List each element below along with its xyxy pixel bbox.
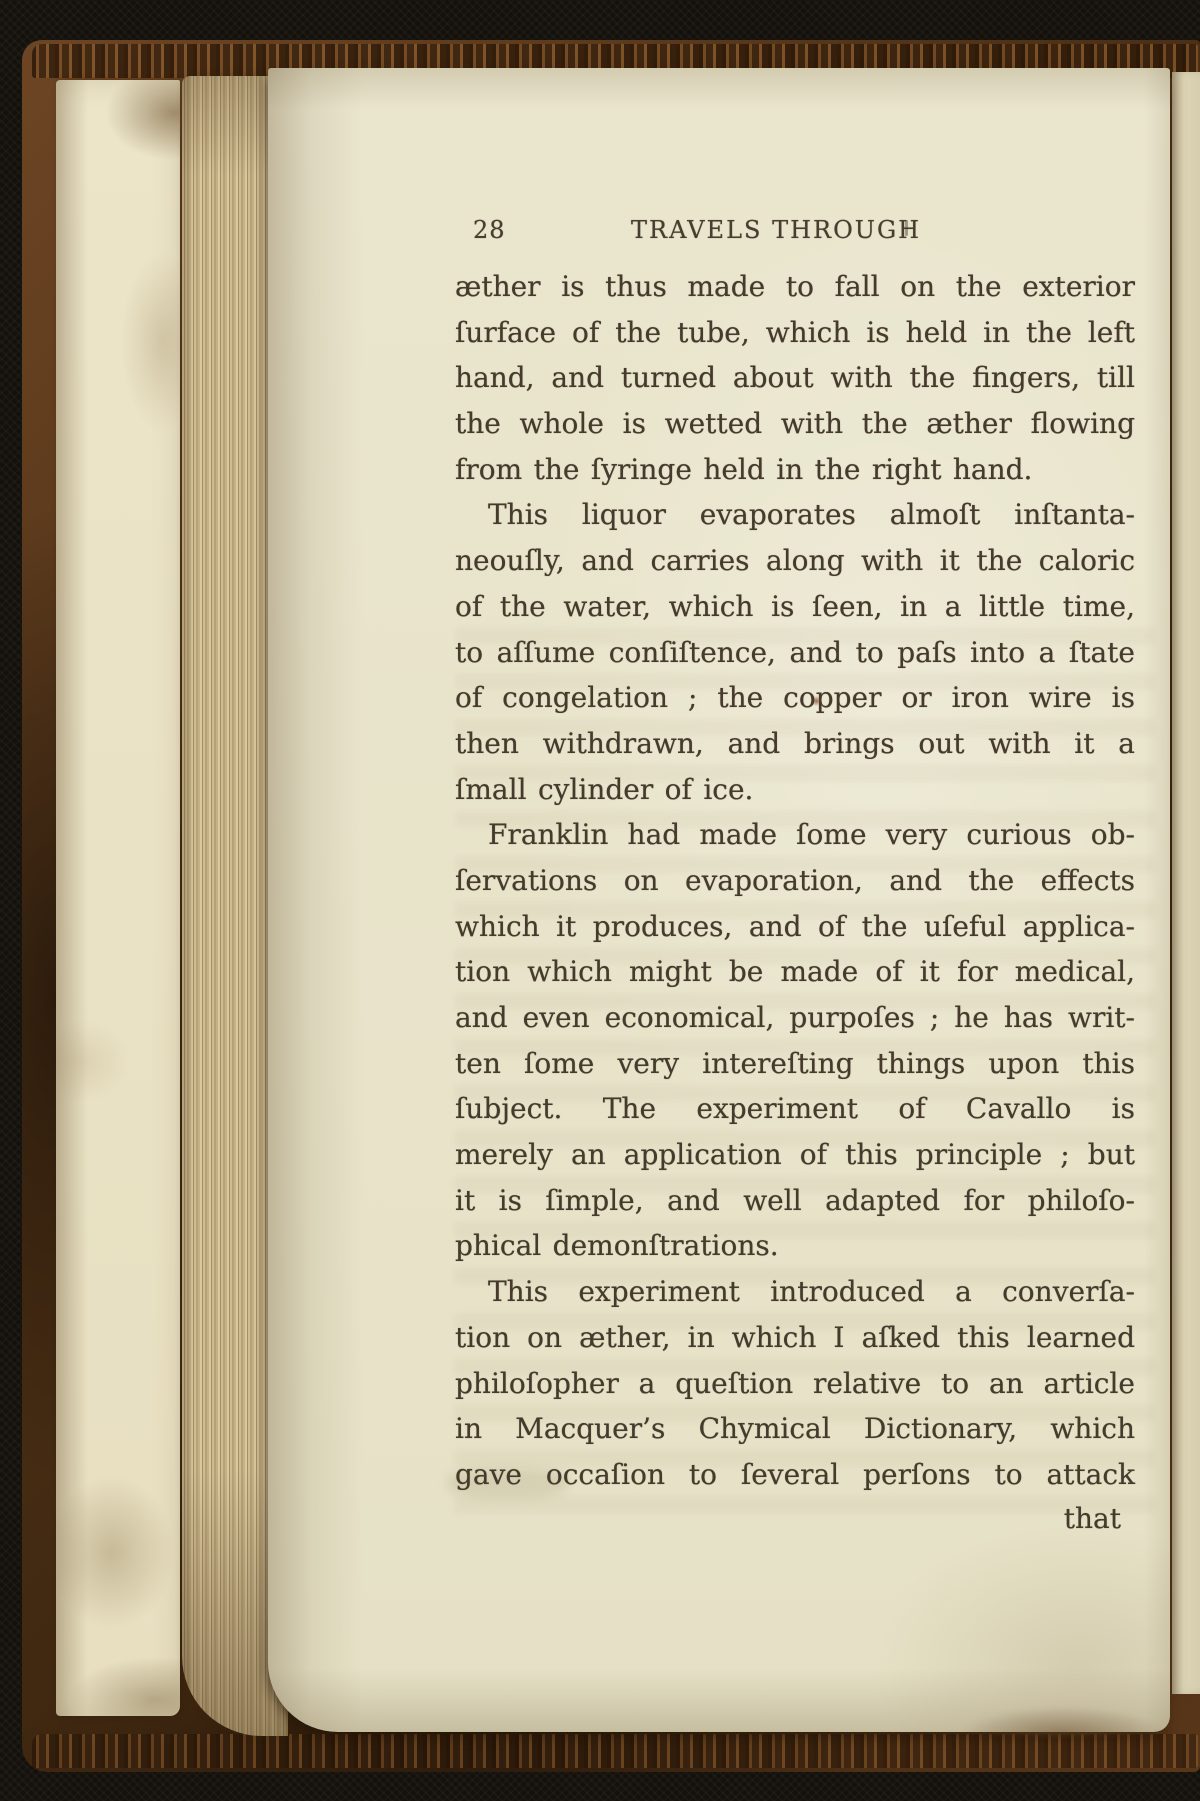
text-line: Franklin had made ſome very curious ob-	[455, 812, 1135, 858]
text-line: tion which might be made of it for medic…	[455, 949, 1135, 995]
text-line: the whole is wetted with the æther flowi…	[455, 401, 1135, 447]
text-line: ſurface of the tube, which is held in th…	[455, 310, 1135, 356]
text-line: hand, and turned about with the fingers,…	[455, 355, 1135, 401]
text-line: and even economical, purpoſes ; he has w…	[455, 995, 1135, 1041]
text-line: neouſly, and carries along with it the c…	[455, 538, 1135, 584]
body-text: æther is thus made to fall on the exteri…	[455, 264, 1135, 1498]
flyleaf-page	[56, 80, 180, 1716]
text-line: This experiment introduced a converſa-	[455, 1269, 1135, 1315]
text-line: which it produces, and of the uſeful app…	[455, 904, 1135, 950]
text-line: ſervations on evaporation, and the effec…	[455, 858, 1135, 904]
text-line: ſubject. The experiment of Cavallo is	[455, 1086, 1135, 1132]
text-line: ſmall cylinder of ice.	[455, 767, 1135, 813]
text-line: tion on æther, in which I aſked this lea…	[455, 1315, 1135, 1361]
text-line: from the ſyringe held in the right hand.	[455, 447, 1135, 493]
text-line: æther is thus made to fall on the exteri…	[455, 264, 1135, 310]
text-line: of the water, which is ſeen, in a little…	[455, 584, 1135, 630]
text-block: 28 TRAVELS THROUGH æther is thus made to…	[455, 68, 1135, 1732]
catchword: that	[1064, 1496, 1121, 1542]
text-line: phical demonſtrations.	[455, 1223, 1135, 1269]
text-line: it is ſimple, and well adapted for philo…	[455, 1178, 1135, 1224]
running-title: TRAVELS THROUGH	[631, 216, 921, 244]
text-line: then withdrawn, and brings out with it a	[455, 721, 1135, 767]
text-line: gave occaſion to ſeveral perſons to atta…	[455, 1452, 1135, 1498]
text-line: ten ſome very intereſting things upon th…	[455, 1041, 1135, 1087]
page-number: 28	[473, 216, 506, 244]
page-header: 28 TRAVELS THROUGH	[455, 216, 1135, 252]
facing-page-edge	[1172, 72, 1200, 1694]
text-line: This liquor evaporates almoſt inſtanta-	[455, 492, 1135, 538]
ink-fleck	[905, 220, 908, 236]
text-line: in Macquer’s Chymical Dictionary, which	[455, 1406, 1135, 1452]
book-page: 28 TRAVELS THROUGH æther is thus made to…	[268, 68, 1170, 1732]
text-line: of congelation ; the copper or iron wire…	[455, 675, 1135, 721]
text-line: to aſſume conſiſtence, and to paſs into …	[455, 630, 1135, 676]
photo-background: 28 TRAVELS THROUGH æther is thus made to…	[0, 0, 1200, 1801]
text-line: philoſopher a queſtion relative to an ar…	[455, 1361, 1135, 1407]
text-line: merely an application of this principle …	[455, 1132, 1135, 1178]
